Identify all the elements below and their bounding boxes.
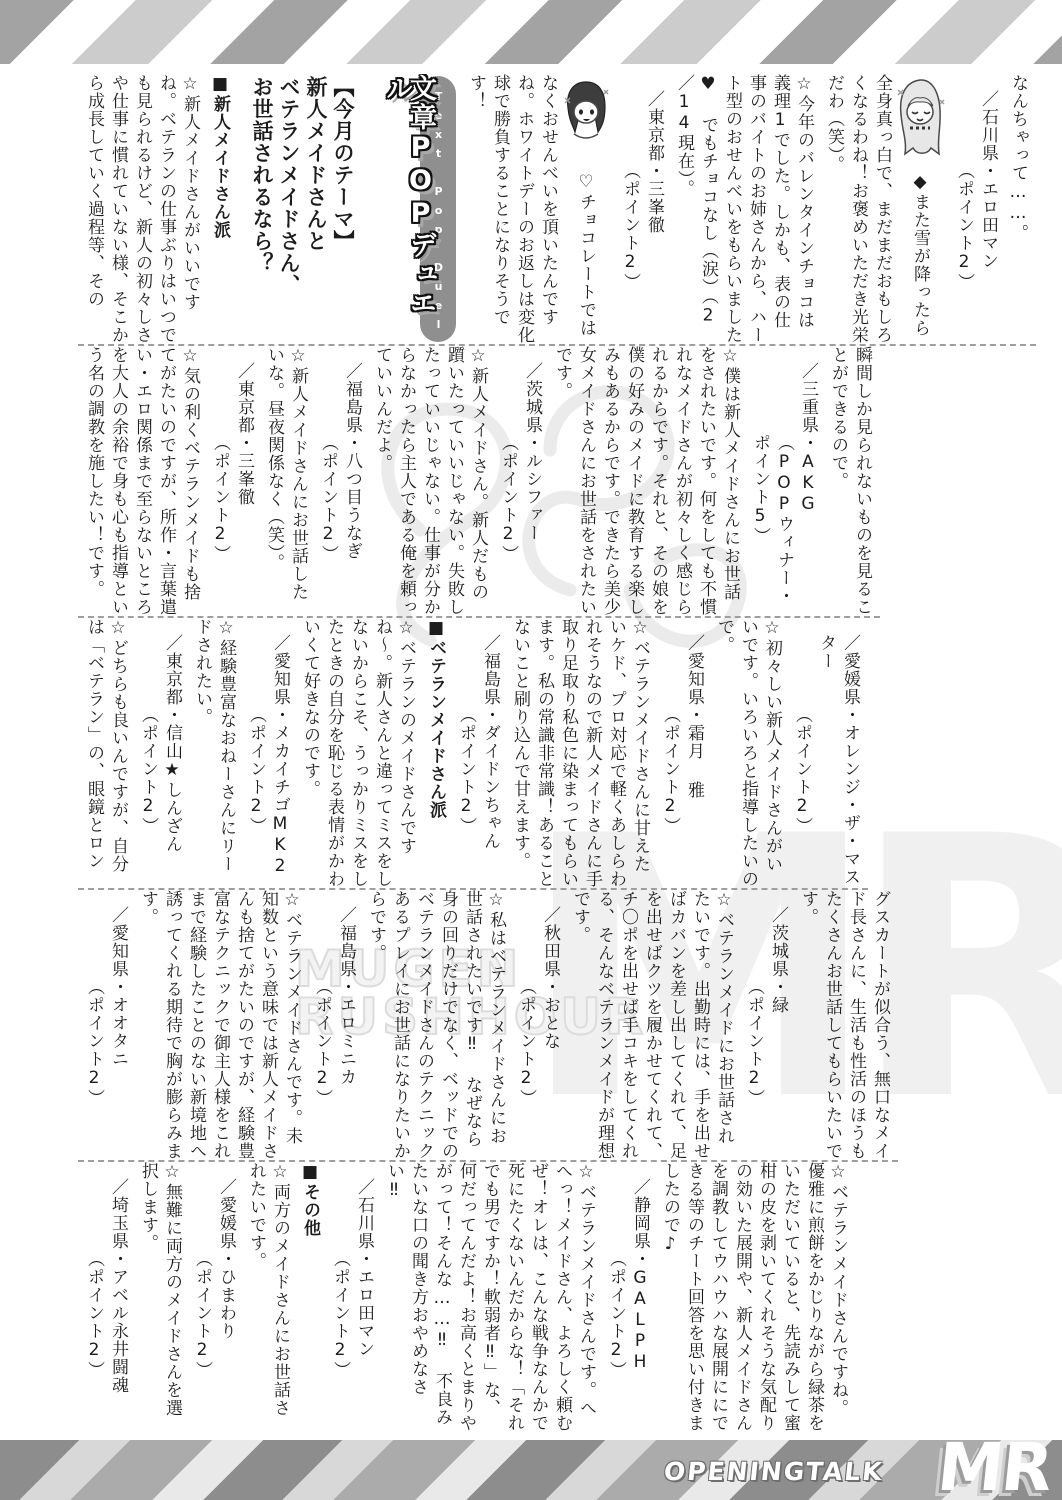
magazine-page: MR MUGEN RUSHHOUR なんちゃって……。 ／石川県・エロ田マン（ポ… xyxy=(0,0,1062,1500)
attribution: ／秋田県・おとな（ポイント2） xyxy=(514,890,562,1160)
bottom-stripe-border: OPENINGTALK MR xyxy=(0,1440,1062,1500)
attribution: ／愛媛県・オレンジ・ザ・マスター（ポイント2） xyxy=(790,618,862,888)
section-heading-rookie: ■新人メイドさん派 xyxy=(208,74,232,344)
attribution: ／石川県・エロ田マン（ポイント2） xyxy=(952,74,1000,344)
maid-long-hair-icon xyxy=(894,76,946,166)
mr-logo: MR xyxy=(933,1429,1054,1500)
section-heading-veteran: ■ベテランメイドさん派 xyxy=(424,618,448,888)
attribution: ／愛媛県・ひまわり（ポイント2） xyxy=(190,1162,238,1432)
reader-letter: ☆ベテランメイドさんですね。優雅に煎餅をかじりながら緑茶をいただいていると、先読… xyxy=(658,1162,850,1432)
reader-letter: ☆新人メイドさんにお世話したいな。昼夜関係なく（笑）。 xyxy=(262,346,310,616)
attribution: ／福島県・エロミニカ（ポイント2） xyxy=(310,890,358,1160)
section-heading-other: ■その他 xyxy=(298,1162,322,1432)
attribution: ／福島県・ダイドンちゃん（ポイント2） xyxy=(454,618,502,888)
top-stripe-border xyxy=(0,0,1062,64)
attribution: ／東京都・三峯徹（ポイント2） xyxy=(618,74,666,344)
attribution: ／埼玉県・アベル永井闘魂（ポイント2） xyxy=(82,1162,130,1432)
reader-letter: ☆新人メイドさん。新人だもの躓いたっていいじゃない。失敗したっていいじゃない。仕… xyxy=(370,346,490,616)
reader-letter: ☆新人メイドさんがいいですね。ベテランの仕事ぶりはいつでも見られるけど、新人の初… xyxy=(82,74,202,344)
reader-letter: 瞬間しか見られないものを見ることができるので。 xyxy=(826,346,874,616)
opening-talk-label: OPENINGTALK xyxy=(663,1457,886,1486)
reader-letter: ☆どちらも良いんですが、自分は「ベテラン」の、眼鏡とロン xyxy=(82,618,130,888)
letters-band-1: なんちゃって……。 ／石川県・エロ田マン（ポイント2） ◆また雪が降ったら全身真… xyxy=(78,74,1036,346)
title-banner-area: Text Pop Duel 文章POPデュエル xyxy=(356,74,456,344)
attribution: ／愛知県・メカイチゴMK2（ポイント2） xyxy=(244,618,292,888)
attribution: ／東京都・三峯徹（ポイント2） xyxy=(208,346,256,616)
reader-letter: ☆経験豊富なおねーさんにリードされたい。 xyxy=(190,618,238,888)
reader-letter: ☆無難に両方のメイドさんを選択します。 xyxy=(136,1162,184,1432)
intro-text: なんちゃって……。 xyxy=(1006,74,1030,344)
attribution: ／東京都・信山★しんざん（ポイント2） xyxy=(136,618,184,888)
girl-short-hair-icon xyxy=(560,76,612,166)
reader-letter: ☆僕は新人メイドさんにお世話をされたいです。何をしても不慣れなメイドさんが初々し… xyxy=(550,346,742,616)
attribution: ／石川県・エロ田マン（ポイント2） xyxy=(328,1162,376,1432)
letters-band-3: ／愛媛県・オレンジ・ザ・マスター（ポイント2） ☆初々しい新人メイドさんがいいで… xyxy=(78,618,868,890)
attribution: ／茨城県・緑（ポイント2） xyxy=(742,890,790,1160)
attribution: ／愛知県・霜月 雅（ポイント2） xyxy=(658,618,706,888)
maid-reply: ◆また雪が降ったら全身真っ白で、まだまだおもしろくなるわね！お褒めいただき光栄だ… xyxy=(822,74,946,344)
letters-band-4: グスカートが似合う、無口なメイド長さんに、生活も性活のほうもたくさんお世話しても… xyxy=(78,890,898,1162)
letters-band-2: 瞬間しか見られないものを見ることができるので。 ／三重県・AKG（POPウィナー… xyxy=(78,346,880,618)
attribution: ／福島県・八つ目うなぎ（ポイント2） xyxy=(316,346,364,616)
letters-band-5: ☆ベテランメイドさんですね。優雅に煎餅をかじりながら緑茶をいただいていると、先読… xyxy=(78,1162,856,1432)
reader-letter: ☆初々しい新人メイドさんがいいです。いろいろと指導したいので。 xyxy=(712,618,784,888)
reader-letter: ☆気の利くベテランメイドも捨てがたいのですが、所作・言葉遣い・エロ関係まで至らな… xyxy=(82,346,202,616)
attribution: ／茨城県・ルシファー（ポイント2） xyxy=(496,346,544,616)
page-title: 文章POPデュエル xyxy=(384,74,432,344)
reader-letter: ☆ベテランメイドさんです。へへっ！メイドさん、よろしく頼むぜ！オレは、こんな戦争… xyxy=(382,1162,598,1432)
reader-letter: ☆ベテランのメイドさんですね〜。新人さんと違ってミスをしないからこそ、うっかりミ… xyxy=(298,618,418,888)
letters-column: なんちゃって……。 ／石川県・エロ田マン（ポイント2） ◆また雪が降ったら全身真… xyxy=(78,74,1016,1432)
reader-letter: ☆ベテランメイドさんです。未知数という意味では新人メイドさんも捨てがたいのですが… xyxy=(136,890,304,1160)
attribution: ／静岡県・GALPH（ポイント2） xyxy=(604,1162,652,1432)
reader-letter: ☆ベテランメイドにお世話されたいです。出勤時には、手を出せばカバンを差し出してく… xyxy=(568,890,736,1160)
reader-letter: ☆両方のメイドさんにお世話されたいです。 xyxy=(244,1162,292,1432)
reader-letter: ☆今年のバレンタインチョコは義理1でした。しかも、表の仕事のバイトのお姉さんから… xyxy=(672,74,816,344)
editor-reply: ♡チョコレートではなくおせんべいを頂いたんですね。ホワイトデーのお返しは変化球で… xyxy=(464,74,612,344)
reader-letter: ☆私はベテランメイドさんにお世話されたいです‼ なぜなら身の回りだけでなく、ベッ… xyxy=(364,890,508,1160)
attribution: ／愛知県・オオタニ（ポイント2） xyxy=(82,890,130,1160)
reader-letter: ☆ベテランメイドさんに甘えたいケド、プロ対応で軽くあしらわれそうなので新人メイド… xyxy=(508,618,652,888)
attribution: ／三重県・AKG（POPウィナー・ポイント5） xyxy=(748,346,820,616)
reader-letter: グスカートが似合う、無口なメイド長さんに、生活も性活のほうもたくさんお世話しても… xyxy=(796,890,892,1160)
monthly-theme: 【今月のテーマ】 新人メイドさんと ベテランメイドさん、 お世話されるなら？ xyxy=(248,74,356,344)
column-header: Text Pop Duel 文章POPデュエル 【今月のテーマ】 新人メイドさん… xyxy=(240,74,456,344)
